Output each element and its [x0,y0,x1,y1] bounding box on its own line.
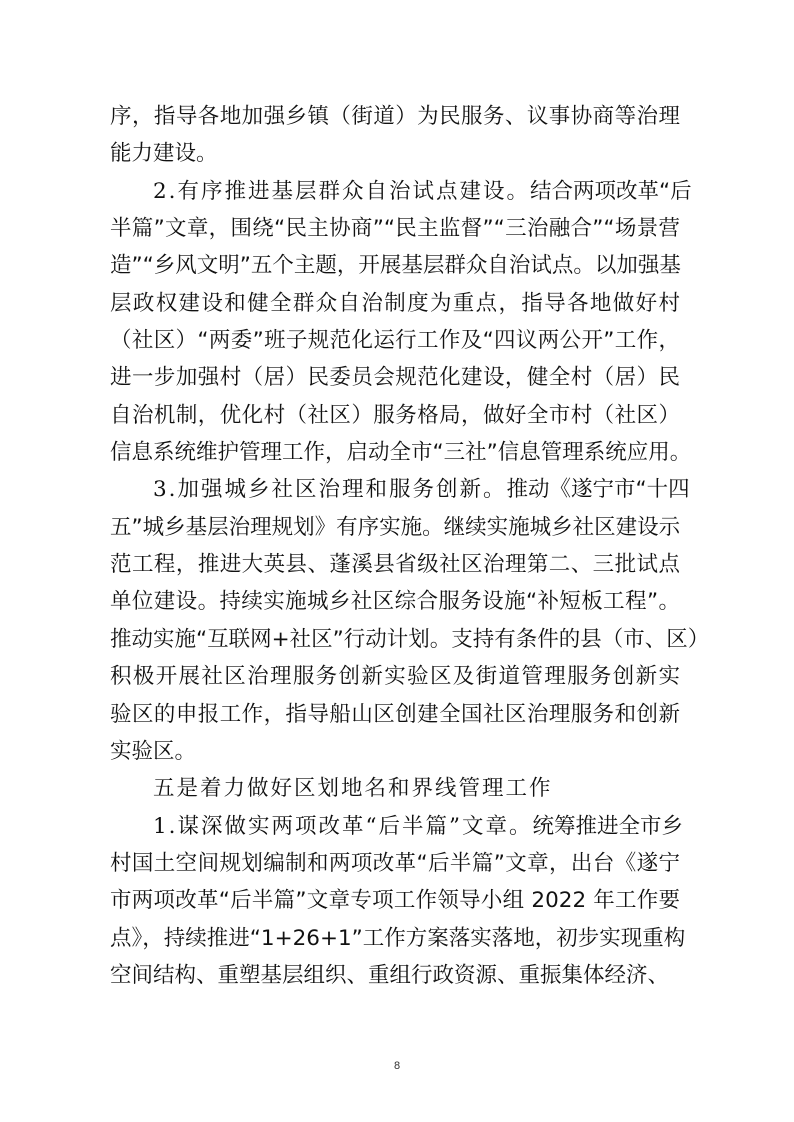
section-heading: 五是着力做好区划地名和界线管理工作 [153,776,553,801]
text-line: 积极开展社区治理服务创新实验区及街道管理服务创新实 [110,658,680,695]
subsection-heading: 1.谋深做实两项改革“后半篇”文章。 [153,814,533,839]
text-line: 层政权建设和健全群众自治制度为重点，指导各地做好村 [110,285,680,322]
text-run: 统筹推进全市乡 [533,814,684,839]
text-line: 空间结构、重塑基层组织、重组行政资源、重振集体经济、 [110,957,680,994]
text-run: 结合两项改革“后 [530,179,692,204]
text-line: 序，指导各地加强乡镇（街道）为民服务、议事协商等治理 [110,98,680,135]
section-heading-line: 五是着力做好区划地名和界线管理工作 [110,770,680,807]
text-line: 实验区。 [110,733,680,770]
text-line: 五”城乡基层治理规划》有序实施。继续实施城乡社区建设示 [110,509,680,546]
text-line: 能力建设。 [110,135,680,172]
subsection-heading: 3.加强城乡社区治理和服务创新。 [153,477,507,502]
text-line: （社区）“两委”班子规范化运行工作及“四议两公开”工作， [110,322,680,359]
text-line: 信息系统维护管理工作，启动全市“三社”信息管理系统应用。 [110,434,680,471]
text-run: 推动《遂宁市“十四 [507,477,690,502]
subsection-line: 1.谋深做实两项改革“后半篇”文章。统筹推进全市乡 [110,808,680,845]
subsection-line: 2.有序推进基层群众自治试点建设。结合两项改革“后 [110,173,680,210]
page-number: 8 [0,1060,794,1072]
text-line: 村国土空间规划编制和两项改革“后半篇”文章，出台《遂宁 [110,845,680,882]
text-line: 验区的申报工作，指导船山区创建全国社区治理服务和创新 [110,696,680,733]
text-line: 自治机制，优化村（社区）服务格局，做好全市村（社区） [110,397,680,434]
subsection-heading: 2.有序推进基层群众自治试点建设。 [153,179,530,204]
text-line: 单位建设。持续实施城乡社区综合服务设施“补短板工程”。 [110,583,680,620]
subsection-line: 3.加强城乡社区治理和服务创新。推动《遂宁市“十四 [110,471,680,508]
text-line: 市两项改革“后半篇”文章专项工作领导小组 2022 年工作要 [110,882,680,919]
text-line: 造”“乡风文明”五个主题，开展基层群众自治试点。以加强基 [110,247,680,284]
document-page: 序，指导各地加强乡镇（街道）为民服务、议事协商等治理 能力建设。 2.有序推进基… [0,0,794,1122]
text-line: 范工程，推进大英县、蓬溪县省级社区治理第二、三批试点 [110,546,680,583]
text-line: 点》，持续推进“1+26+1”工作方案落实落地，初步实现重构 [110,920,680,957]
text-line: 推动实施“互联网+社区”行动计划。支持有条件的县（市、区） [110,621,680,658]
text-line: 半篇”文章，围绕“民主协商”“民主监督”“三治融合”“场景营 [110,210,680,247]
body-text: 序，指导各地加强乡镇（街道）为民服务、议事协商等治理 能力建设。 2.有序推进基… [110,98,680,994]
text-line: 进一步加强村（居）民委员会规范化建设，健全村（居）民 [110,359,680,396]
